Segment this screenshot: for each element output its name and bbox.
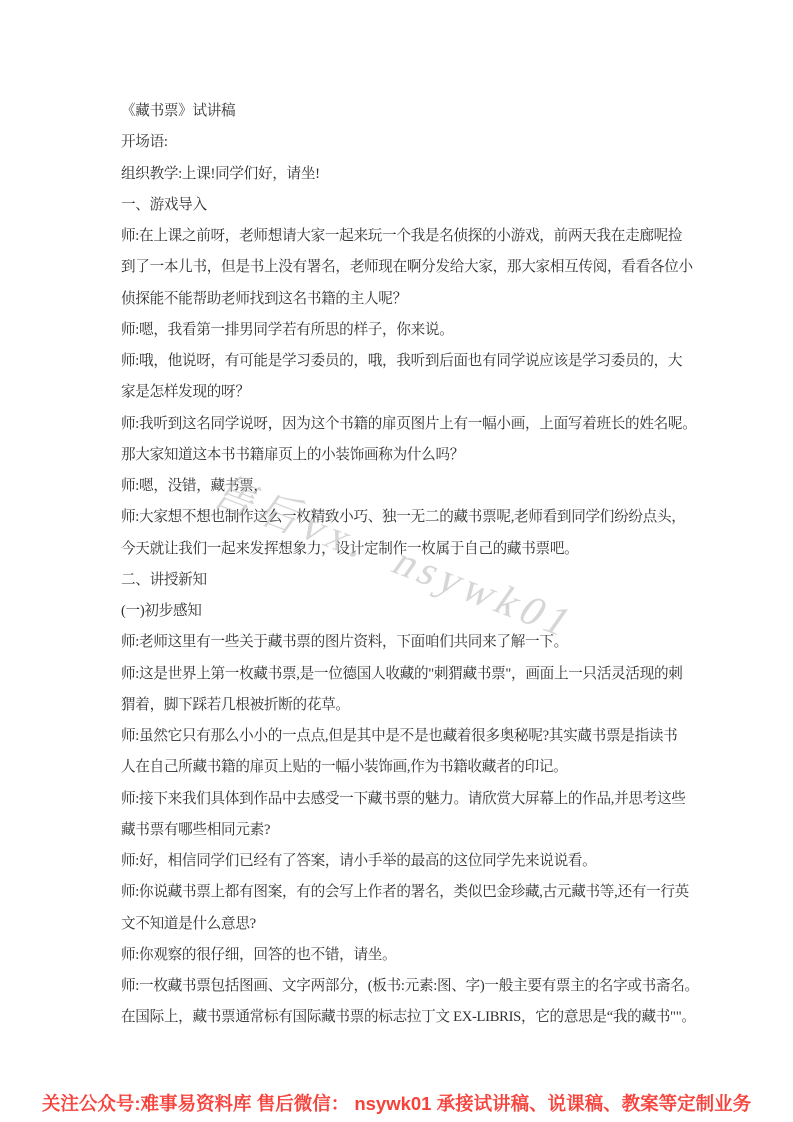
document-body: 《藏书票》试讲稿 开场语:组织教学:上课!同学们好，请坐!一、游戏导入师:在上课… [121,96,689,1034]
text-line: 藏书票有哪些相同元素? [121,815,689,846]
text-line: 师:我听到这名同学说呀，因为这个书籍的扉页图片上有一幅小画，上面写着班长的姓名呢… [121,409,689,440]
text-line: 文不知道是什么意思? [121,909,689,940]
text-line: 师:你说藏书票上都有图案，有的会写上作者的署名，类似巴金珍藏,古元藏书等,还有一… [121,877,689,908]
text-line: 师:老师这里有一些关于藏书票的图片资料，下面咱们共同来了解一下。 [121,627,689,658]
text-line: 家是怎样发现的呀？ [121,377,689,408]
text-line: 到了一本儿书，但是书上没有署名，老师现在啊分发给大家，那大家相互传阅，看看各位小 [121,252,689,283]
text-line: 一、游戏导入 [121,190,689,221]
text-line: 师:哦，他说呀，有可能是学习委员的，哦，我听到后面也有同学说应该是学习委员的，大 [121,346,689,377]
text-line: 师:虽然它只有那么小小的一点点,但是其中是不是也藏着很多奥秘呢?其实蔵书票是指读… [121,721,689,752]
document-page: 《藏书票》试讲稿 开场语:组织教学:上课!同学们好，请坐!一、游戏导入师:在上课… [0,0,793,1122]
text-line: 人在自己所藏书籍的扉页上贴的一幅小装饰画,作为书籍收藏者的印记。 [121,752,689,783]
text-line: 猬着，脚下踩若几根被折断的花草。 [121,690,689,721]
text-line: 今天就让我们一起来发挥想象力，设计定制作一枚属于自己的藏书票吧。 [121,534,689,565]
text-line: 二、讲授新知 [121,565,689,596]
text-line: 组织教学:上课!同学们好，请坐! [121,159,689,190]
document-text: 开场语:组织教学:上课!同学们好，请坐!一、游戏导入师:在上课之前呀，老师想请大… [121,127,689,1033]
text-line: 师:嗯，我看第一排男同学若有所思的样子，你来说。 [121,315,689,346]
text-line: 师:嗯，没错，藏书票， [121,471,689,502]
text-line: 师:这是世界上第一枚藏书票,是一位德国人收藏的"刺猬藏书票"，画面上一只活灵活现… [121,659,689,690]
text-line: 侦探能不能帮助老师找到这名书籍的主人呢？ [121,284,689,315]
text-line: 师:好，相信同学们已经有了答案，请小手举的最高的这位同学先来说说看。 [121,846,689,877]
text-line: 师:在上课之前呀，老师想请大家一起来玩一个我是名侦探的小游戏，前两天我在走廊呢捡 [121,221,689,252]
text-line: 师:大家想不想也制作这么一枚精致小巧、独一无二的藏书票呢,老师看到同学们纷纷点头… [121,502,689,533]
text-line: 师:你观察的很仔细，回答的也不错，请坐。 [121,940,689,971]
text-line: 师:接下来我们具体到作品中去感受一下藏书票的魅力。请欣赏大屏幕上的作品,并思考这… [121,784,689,815]
document-title: 《藏书票》试讲稿 [121,96,689,127]
text-line: 开场语: [121,127,689,158]
text-line: (一)初步感知 [121,596,689,627]
text-line: 在国际上，藏书票通常标有国际藏书票的标志拉丁文 EX-LIBRIS，它的意思是“… [121,1002,689,1033]
footer-banner: 关注公众号:难事易资料库 售后微信： nsywk01 承接试讲稿、说课稿、教案等… [0,1089,793,1119]
text-line: 师:一枚藏书票包括图画、文字两部分，(板书:元素:图、字)一般主要有票主的名字或… [121,971,689,1002]
text-line: 那大家知道这本书书籍扉页上的小装饰画称为什么吗？ [121,440,689,471]
